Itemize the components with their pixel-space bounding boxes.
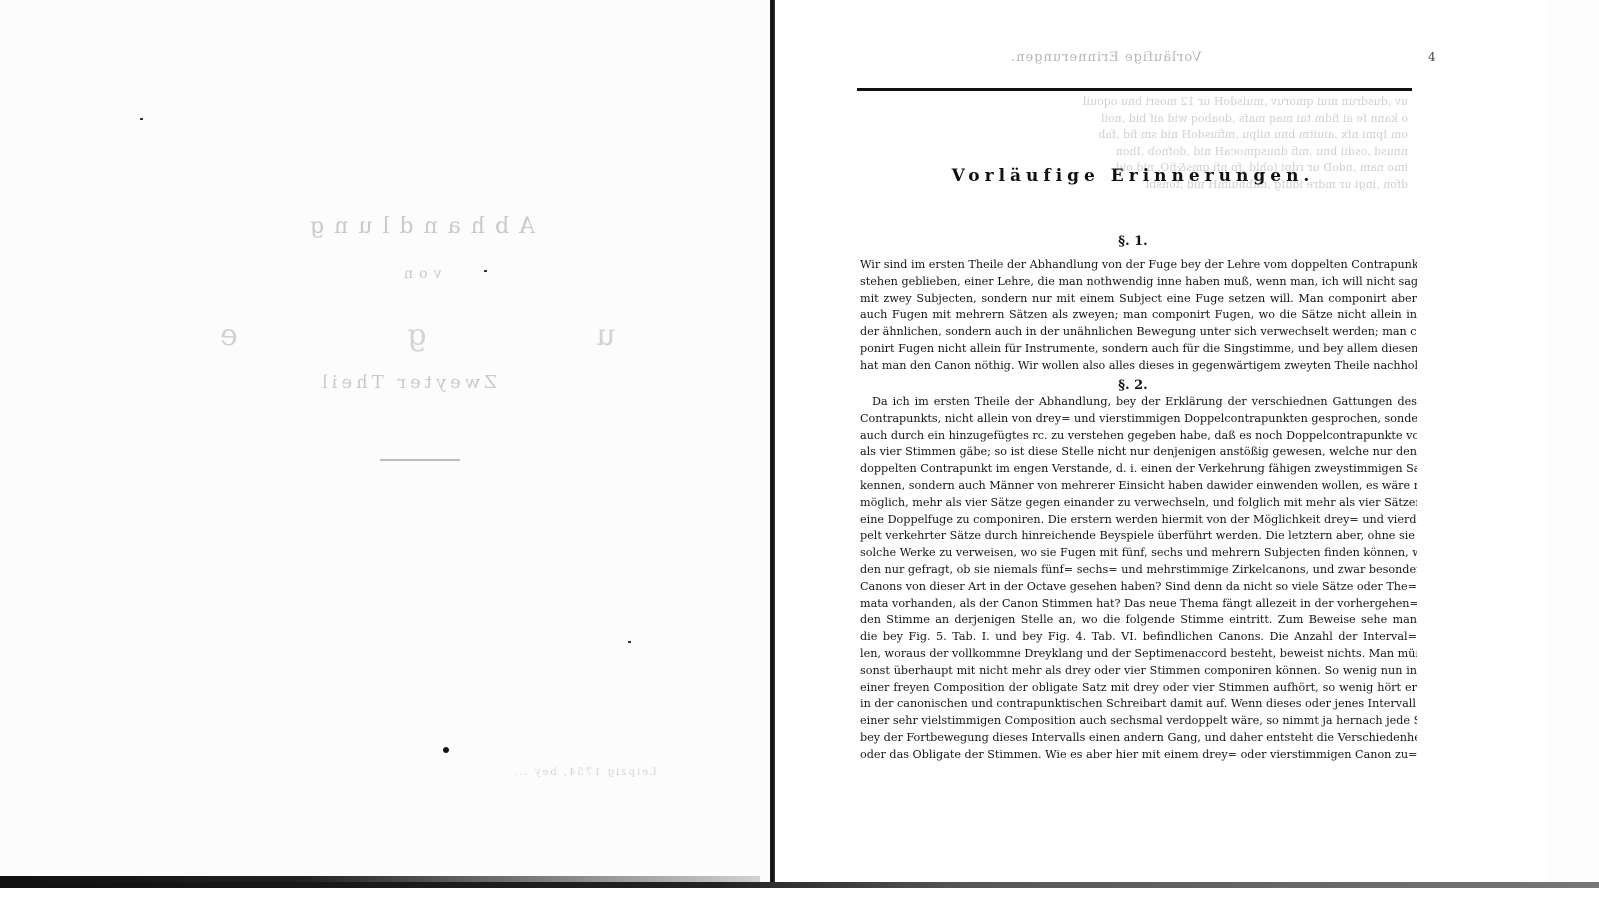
ink-speck — [140, 118, 143, 120]
paragraph-2: Da ich im ersten Theile der Abhandlung, … — [860, 394, 1417, 764]
scan-margin — [0, 888, 1599, 918]
book-spread: Abhandlung von F u g e Zweyter Theil Lei… — [0, 0, 1599, 918]
text-line: der ähnlichen, sondern auch in der unähn… — [860, 324, 1417, 341]
header-rule — [857, 88, 1412, 91]
text-line: in der canonischen und contrapunktischen… — [860, 696, 1417, 713]
text-line: Contrapunkts, nicht allein von drey= und… — [860, 411, 1417, 428]
ink-speck — [484, 270, 487, 272]
section-sign-1: §. 1. — [858, 234, 1408, 249]
text-line: mata vorhanden, als der Canon Stimmen ha… — [860, 596, 1417, 613]
running-head: Vorläufige Erinnerungen. — [1010, 50, 1201, 65]
text-line: oder das Obligate der Stimmen. Wie es ab… — [860, 747, 1417, 764]
text-line: als vier Stimmen gäbe; so ist diese Stel… — [860, 444, 1417, 461]
bleed-through-imprint: Leipzig 1754, bey ... — [512, 767, 657, 778]
section-sign-2: §. 2. — [858, 378, 1408, 393]
page-number: 4 — [1428, 50, 1436, 64]
bleed-line: om Ipmi nfx ,aiuitm bnu nilpu ,mfiusdoH … — [858, 127, 1408, 144]
text-line: bey der Fortbewegung dieses Intervalls e… — [860, 730, 1417, 747]
text-line: auch Fugen mit mehrern Sätzen als zweyen… — [860, 307, 1417, 324]
text-line: eine Doppelfuge zu componiren. Die erste… — [860, 512, 1417, 529]
paragraph-1: Wir sind im ersten Theile der Abhandlung… — [860, 257, 1417, 375]
bleed-through-name: F u g e — [140, 318, 806, 353]
bleed-through-title: Abhandlung — [300, 214, 535, 239]
text-line: auch durch ein hinzugefügtes rc. zu vers… — [860, 428, 1417, 445]
bleed-through-von: von — [398, 266, 441, 282]
text-line: den nur gefragt, ob sie niemals fünf= se… — [860, 562, 1417, 579]
left-page: Abhandlung von F u g e Zweyter Theil Lei… — [0, 0, 770, 886]
section-title: Vorläufige Erinnerungen. — [858, 166, 1408, 186]
text-line: solche Werke zu verweisen, wo sie Fugen … — [860, 545, 1417, 562]
text-line: einer sehr vielstimmigen Composition auc… — [860, 713, 1417, 730]
text-line: stehen geblieben, einer Lehre, die man n… — [860, 274, 1417, 291]
text-line: mit zwey Subjecten, sondern nur mit eine… — [860, 291, 1417, 308]
text-line: Canons von dieser Art in der Octave gese… — [860, 579, 1417, 596]
bleed-through-part: Zweyter Theil — [318, 372, 497, 393]
text-line: die bey Fig. 5. Tab. I. und bey Fig. 4. … — [860, 629, 1417, 646]
text-line: Wir sind im ersten Theile der Abhandlung… — [860, 257, 1417, 274]
text-line: sonst überhaupt mit nicht mehr als drey … — [860, 663, 1417, 680]
text-line: doppelten Contrapunkt im engen Verstande… — [860, 461, 1417, 478]
text-line: pelt verkehrter Sätze durch hinreichende… — [860, 528, 1417, 545]
text-line: hat man den Canon nöthig. Wir wollen als… — [860, 358, 1417, 375]
text-line: den Stimme an derjenigen Stelle an, wo d… — [860, 612, 1417, 629]
ink-speck — [628, 641, 631, 643]
text-line: len, woraus der vollkommne Dreyklang und… — [860, 646, 1417, 663]
text-line: ponirt Fugen nicht allein für Instrument… — [860, 341, 1417, 358]
text-line: kennen, sondern auch Männer von mehrerer… — [860, 478, 1417, 495]
book-gutter — [770, 0, 775, 886]
text-line: Da ich im ersten Theile der Abhandlung, … — [860, 394, 1417, 411]
bleed-line: o kann fe ai fidm tai maq mafs ,doaboq w… — [858, 111, 1408, 128]
bleed-line: nnusd ,osdii bnu ,mfi dnusqmocaH nid ,do… — [858, 144, 1408, 161]
bleed-through-rule — [380, 459, 460, 461]
text-line: einer freyen Composition der obligate Sa… — [860, 680, 1417, 697]
ink-spot — [443, 747, 449, 753]
bleed-line: uv ,dusdrun mui qmoruv ,muisdoH ur 12 mo… — [858, 94, 1408, 111]
text-line: möglich, mehr als vier Sätze gegen einan… — [860, 495, 1417, 512]
